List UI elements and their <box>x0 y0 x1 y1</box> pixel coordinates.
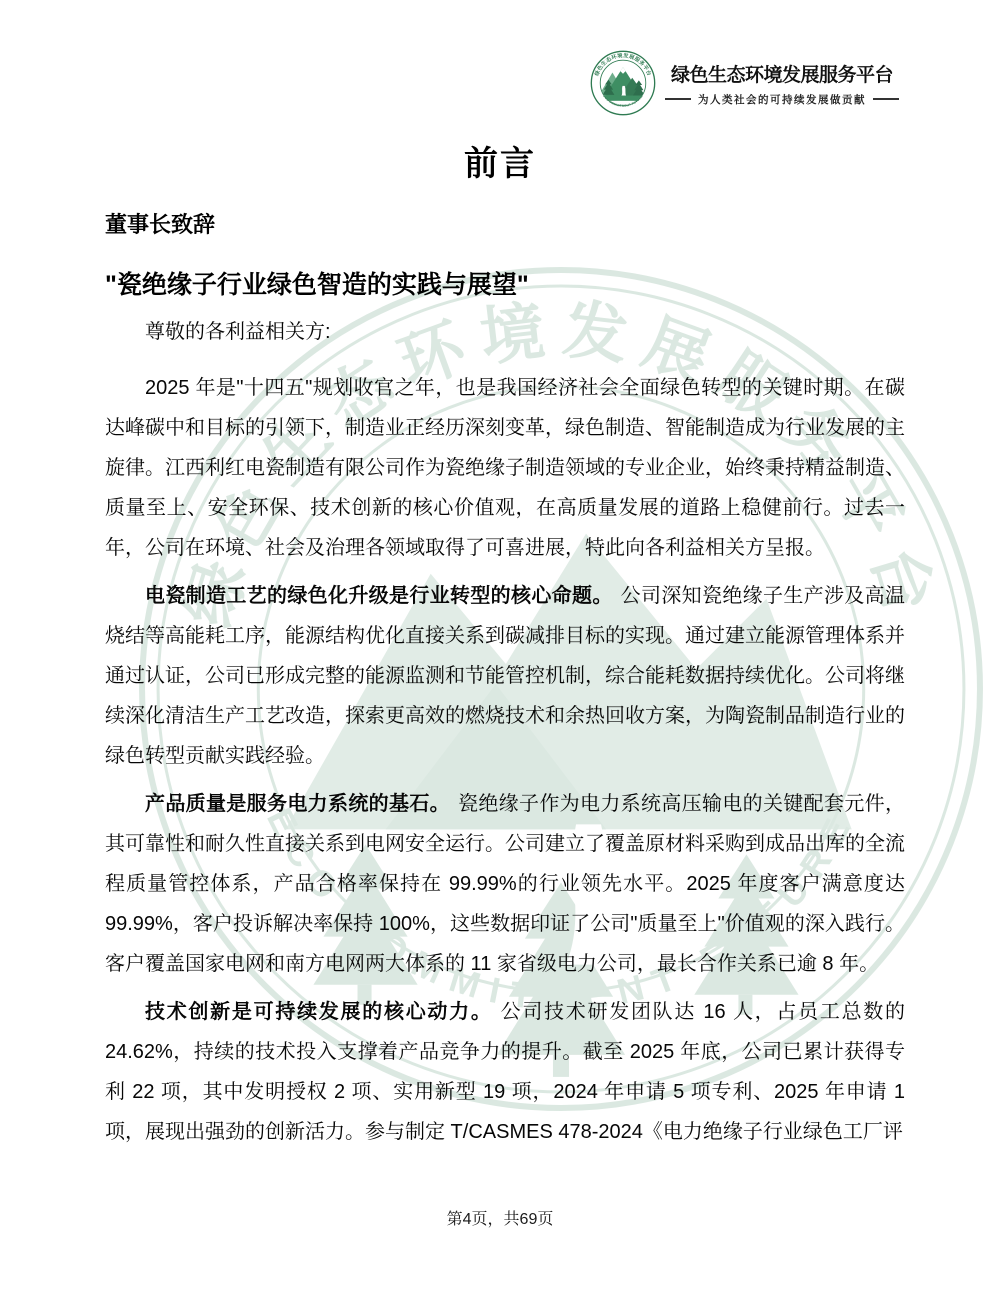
document-body: 董事长致辞 "瓷绝缘子行业绿色智造的实践与展望" 尊敬的各利益相关方: 2025… <box>105 212 905 1152</box>
page-number: 第4页，共69页 <box>0 1206 1000 1229</box>
salutation: 尊敬的各利益相关方: <box>105 320 905 344</box>
tagline-dash-left <box>665 98 691 100</box>
paragraph-2: 电瓷制造工艺的绿色化升级是行业转型的核心命题。公司深知瓷绝缘子生产涉及高温烧结等… <box>105 576 905 776</box>
speech-subtitle: "瓷绝缘子行业绿色智造的实践与展望" <box>105 270 905 300</box>
paragraph-4: 技术创新是可持续发展的核心动力。公司技术研发团队达 16 人，占员工总数的 24… <box>105 992 905 1152</box>
document-page: 绿色生态环境发展服务平台 ECO COMMITMENT FUTURE <box>0 0 1000 1294</box>
paragraph-4-lead: 技术创新是可持续发展的核心动力。 <box>145 1001 501 1023</box>
page-title: 前言 <box>0 136 1000 185</box>
eco-platform-logo-icon: 绿色生态环境发展服务平台 ECO COMMITMENT FUTURE <box>590 50 656 116</box>
brand-tagline: 为人类社会的可持续发展做贡献 <box>665 92 899 107</box>
paragraph-3: 产品质量是服务电力系统的基石。瓷绝缘子作为电力系统高压输电的关键配套元件，其可靠… <box>105 784 905 984</box>
brand-header: 绿色生态环境发展服务平台 ECO COMMITMENT FUTURE 绿色生态环… <box>590 50 899 116</box>
paragraph-1: 2025 年是"十四五"规划收官之年，也是我国经济社会全面绿色转型的关键时期。在… <box>105 368 905 568</box>
paragraph-3-lead: 产品质量是服务电力系统的基石。 <box>145 793 458 815</box>
paragraph-3-text: 瓷绝缘子作为电力系统高压输电的关键配套元件，其可靠性和耐久性直接关系到电网安全运… <box>105 793 905 975</box>
paragraph-1-text: 2025 年是"十四五"规划收官之年，也是我国经济社会全面绿色转型的关键时期。在… <box>105 377 905 559</box>
paragraph-2-lead: 电瓷制造工艺的绿色化升级是行业转型的核心命题。 <box>145 585 621 607</box>
brand-name: 绿色生态环境发展服务平台 <box>671 60 893 87</box>
paragraph-2-text: 公司深知瓷绝缘子生产涉及高温烧结等高能耗工序，能源结构优化直接关系到碳减排目标的… <box>105 585 905 767</box>
tagline-dash-right <box>873 98 899 100</box>
section-heading: 董事长致辞 <box>105 212 905 238</box>
brand-text-block: 绿色生态环境发展服务平台 为人类社会的可持续发展做贡献 <box>665 60 899 107</box>
brand-tagline-text: 为人类社会的可持续发展做贡献 <box>698 92 866 107</box>
